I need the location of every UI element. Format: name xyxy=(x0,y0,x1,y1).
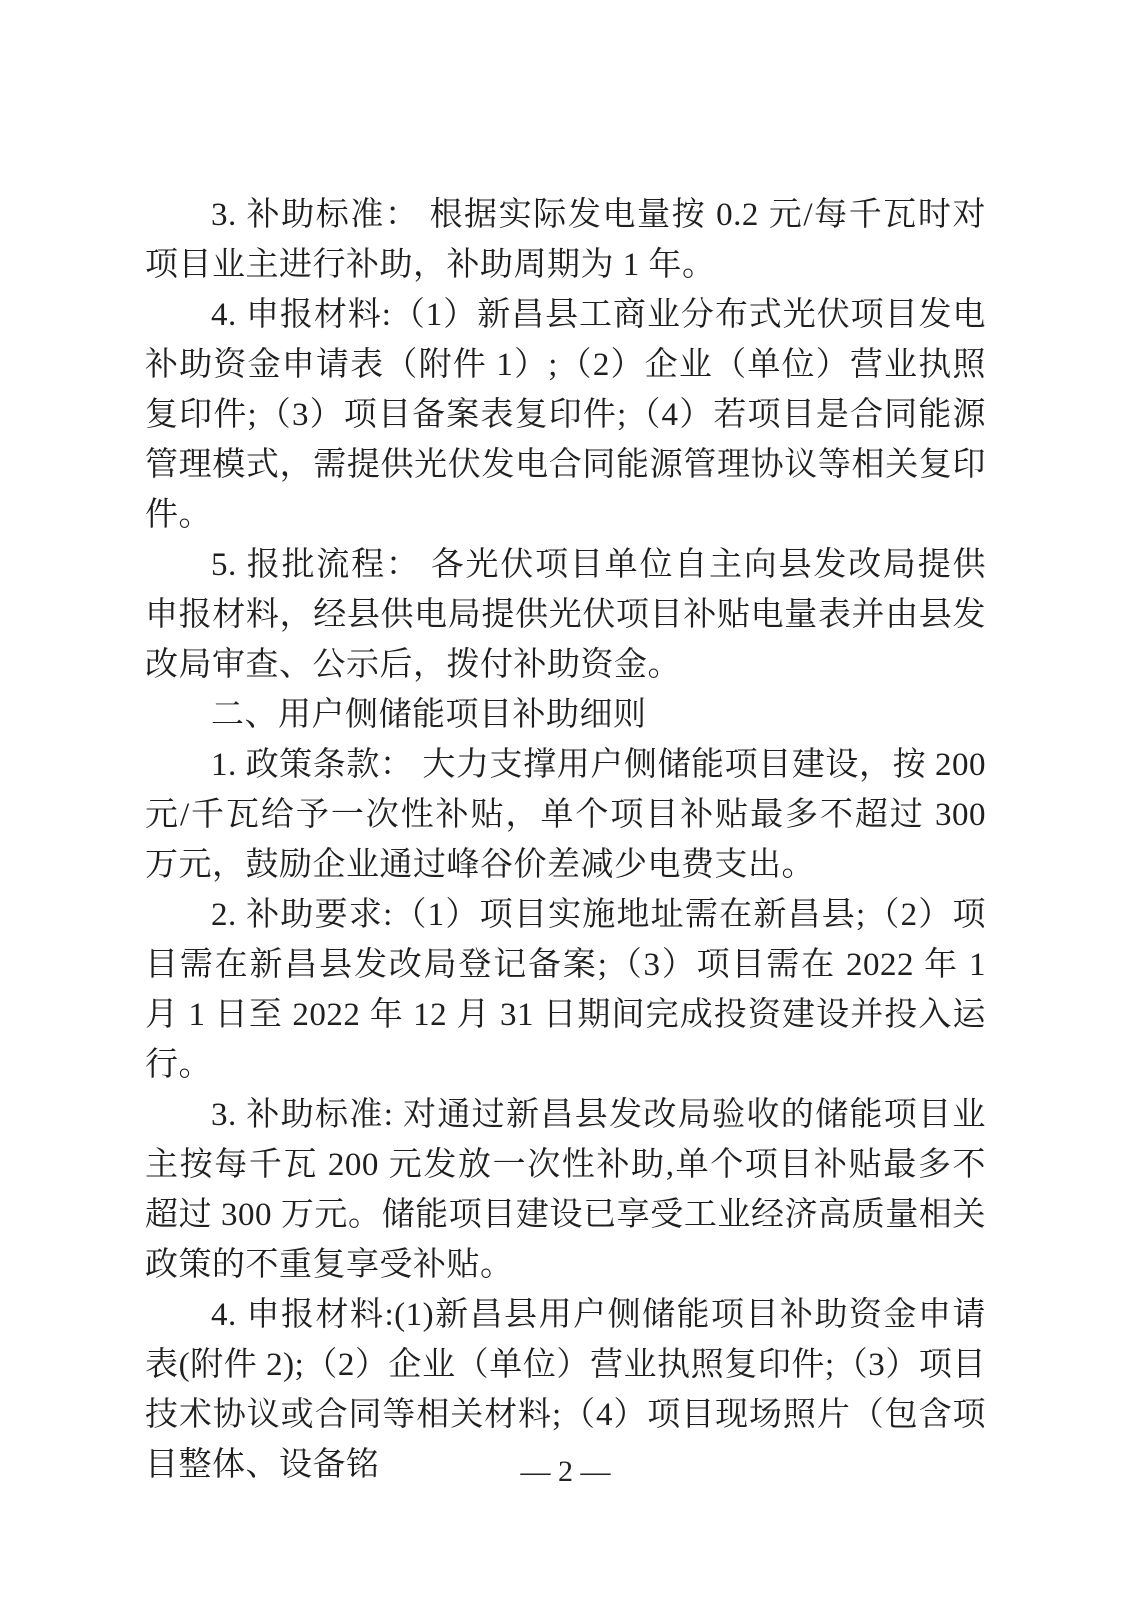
policy-paragraph-approval-process-pv: 5. 报批流程： 各光伏项目单位自主向县发改局提供申报材料，经县供电局提供光伏项… xyxy=(145,540,986,690)
policy-paragraph-subsidy-standard-pv: 3. 补助标准： 根据实际发电量按 0.2 元/每千瓦时对项目业主进行补助，补助… xyxy=(145,190,986,290)
section-heading-storage-subsidy-rules: 二、用户侧储能项目补助细则 xyxy=(145,690,986,740)
page-number: — 2 — xyxy=(0,1452,1131,1492)
policy-paragraph-policy-terms-storage: 1. 政策条款： 大力支撑用户侧储能项目建设，按 200 元/千瓦给予一次性补贴… xyxy=(145,740,986,890)
policy-paragraph-subsidy-standard-storage: 3. 补助标准: 对通过新昌县发改局验收的储能项目业主按每千瓦 200 元发放一… xyxy=(145,1090,986,1290)
document-page: 3. 补助标准： 根据实际发电量按 0.2 元/每千瓦时对项目业主进行补助，补助… xyxy=(0,0,1131,1600)
policy-paragraph-application-materials-pv: 4. 申报材料:（1）新昌县工商业分布式光伏项目发电补助资金申请表（附件 1）;… xyxy=(145,290,986,540)
policy-paragraph-subsidy-requirements-storage: 2. 补助要求:（1）项目实施地址需在新昌县;（2）项目需在新昌县发改局登记备案… xyxy=(145,890,986,1090)
document-body: 3. 补助标准： 根据实际发电量按 0.2 元/每千瓦时对项目业主进行补助，补助… xyxy=(145,190,986,1490)
